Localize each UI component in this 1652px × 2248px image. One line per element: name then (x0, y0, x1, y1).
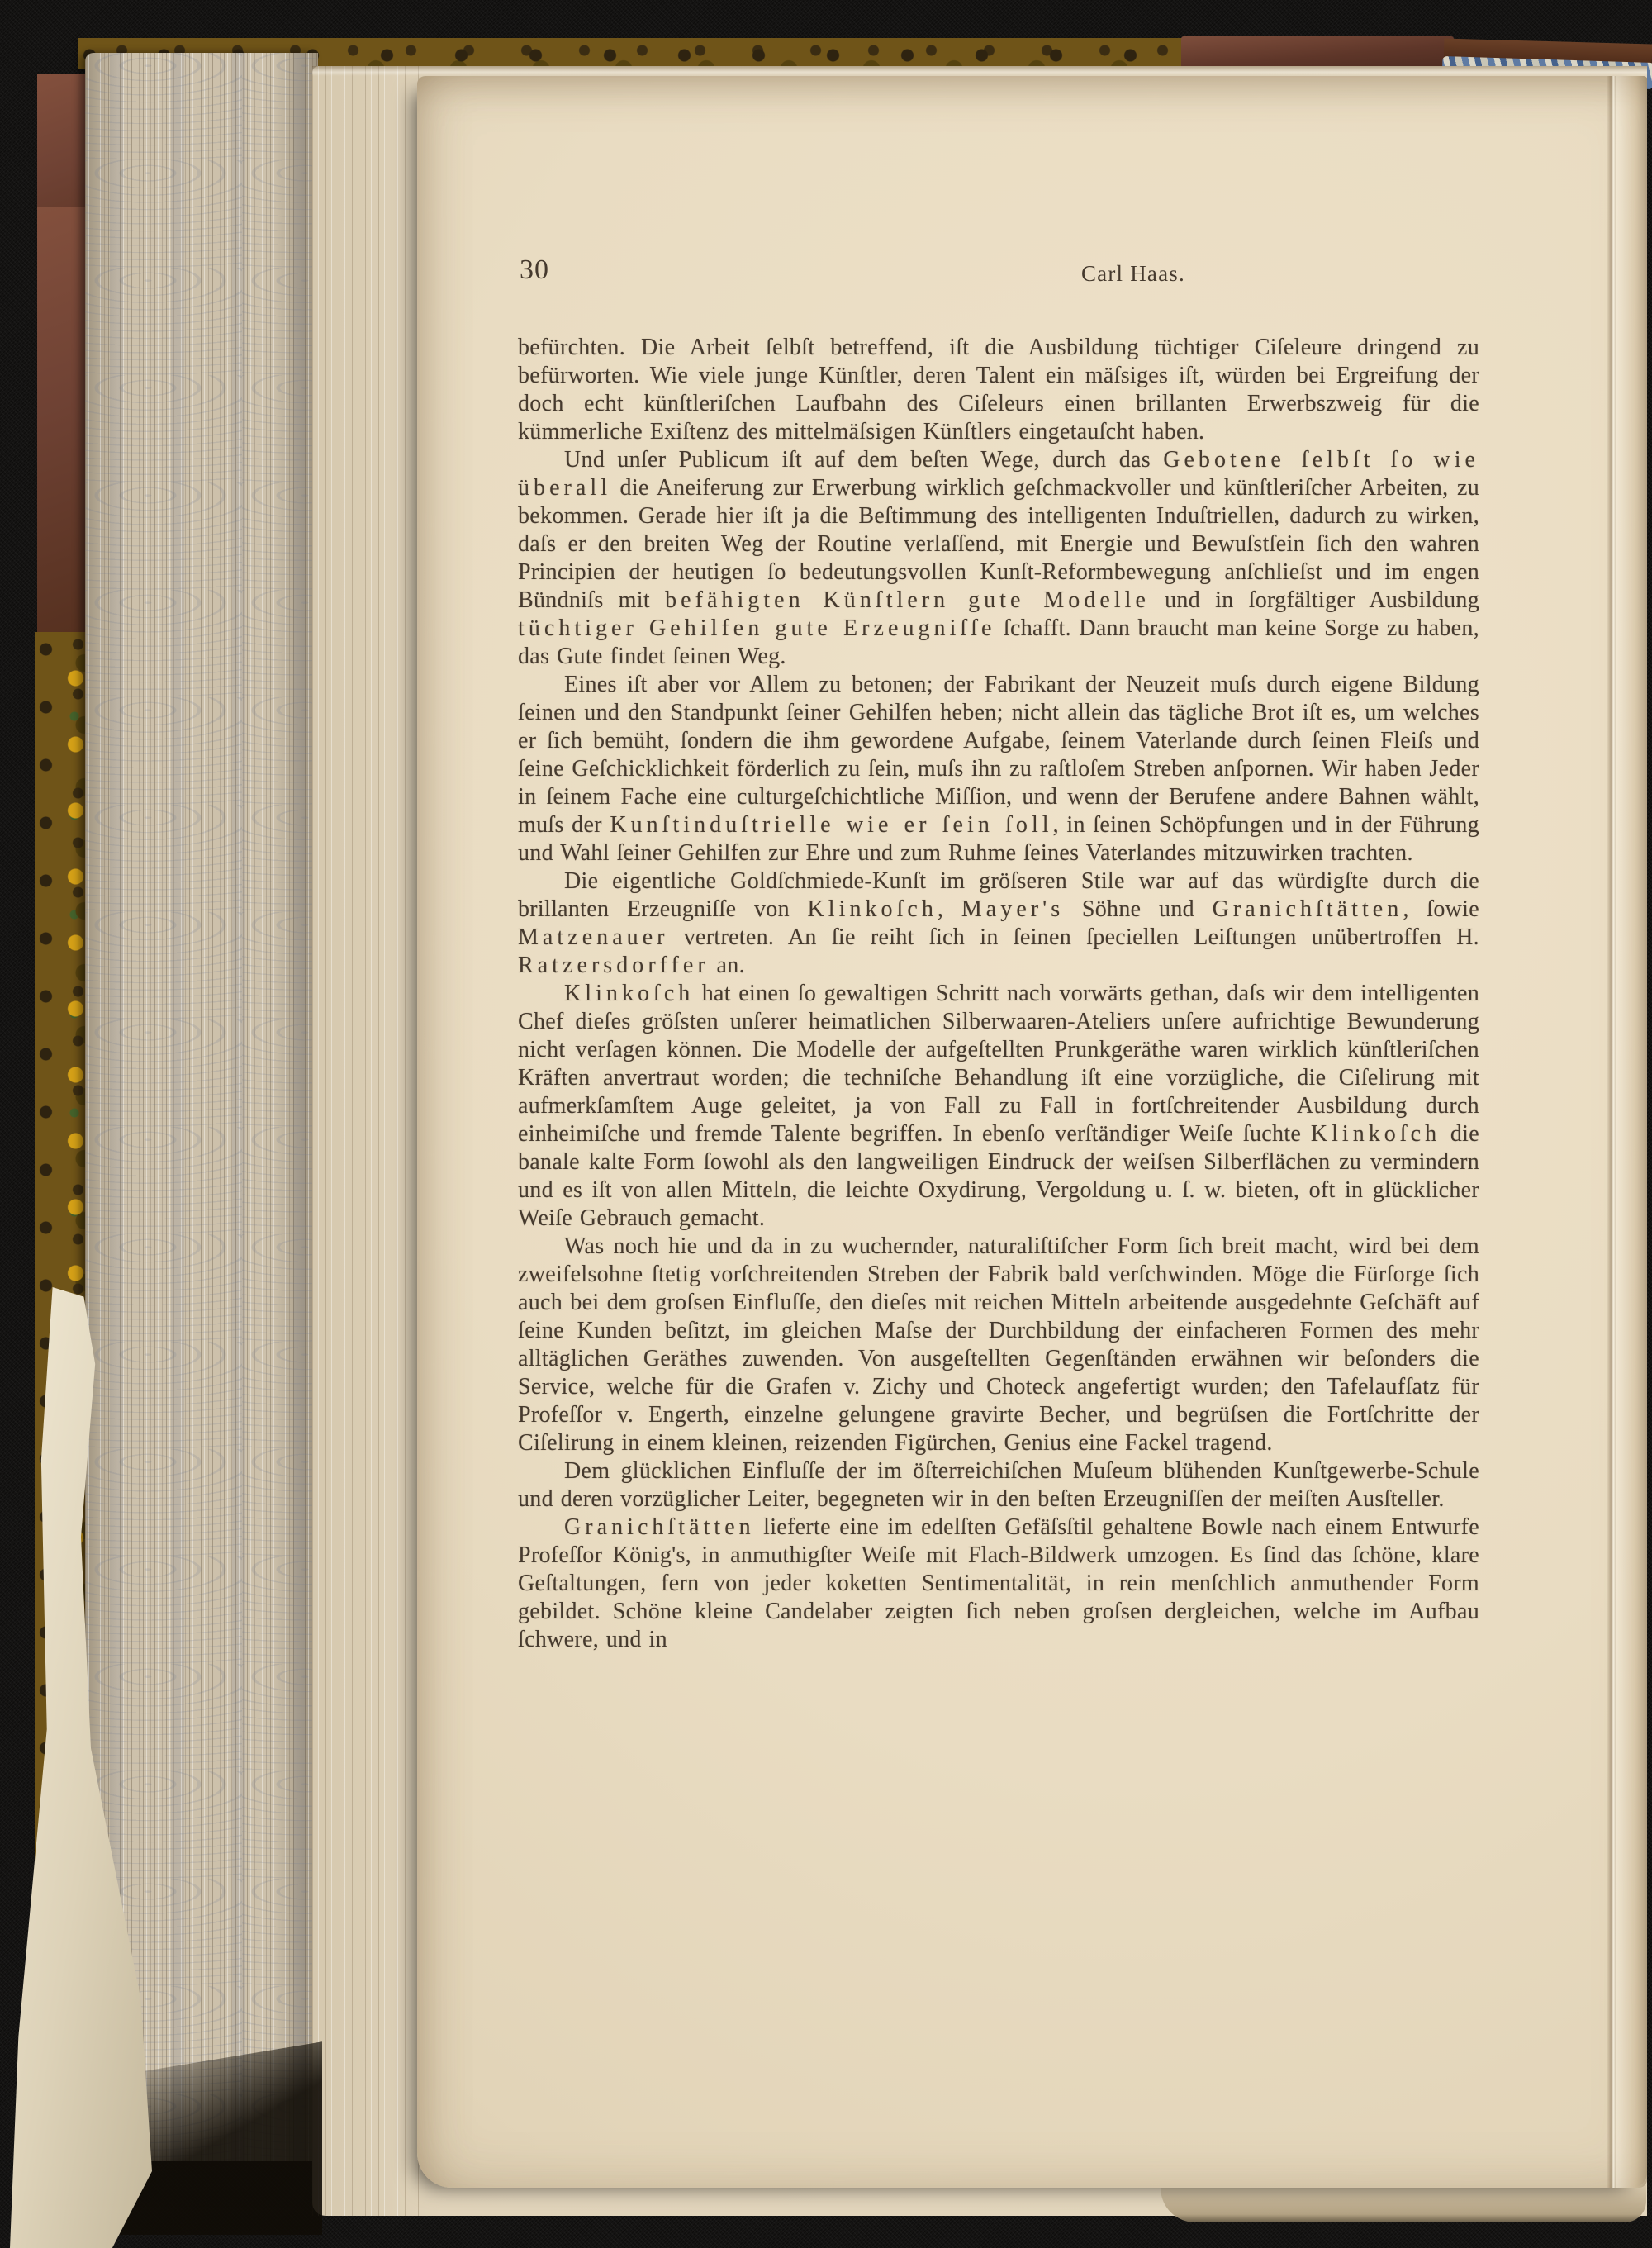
letterspaced-name: Mayer's (961, 896, 1064, 922)
text-segment: und in ſorgfältiger Ausbildung (1150, 587, 1479, 613)
letterspaced-name: Klinkoſch (808, 896, 938, 922)
text-segment: vertreten. An ſie reiht ſich in ſeinen ſ… (669, 924, 1479, 950)
letterspaced-name: Granichſtätten (1213, 896, 1403, 922)
text-segment: , (938, 896, 961, 922)
letterspaced-name: Ratzersdorffer (518, 953, 710, 978)
cover-edge-leather (37, 207, 90, 640)
paragraph: befürchten. Die Arbeit ſelbſt betreffend… (518, 334, 1479, 446)
body-text: befürchten. Die Arbeit ſelbſt betreffend… (518, 334, 1479, 1654)
paragraph: Dem glücklichen Einfluſſe der im öſterre… (518, 1457, 1479, 1514)
letterspaced-name: Granichſtätten (564, 1514, 755, 1540)
paragraph: Und unſer Publicum iſt auf dem beſten We… (518, 446, 1479, 671)
letterspaced-name: tüchtiger Gehilfen gute Erzeugniſſe (518, 615, 996, 641)
letterspaced-name: Klinkoſch (564, 981, 694, 1006)
paragraph: Die eigentliche Goldſchmiede-Kunſt im gr… (518, 867, 1479, 980)
book-page: 30 Carl Haas. befürchten. Die Arbeit ſel… (417, 76, 1647, 2188)
page-fore-edges (85, 53, 318, 2161)
text-segment: , ſowie (1403, 896, 1479, 922)
paragraph: Eines iſt aber vor Allem zu betonen; der… (518, 671, 1479, 867)
paragraph: Klinkoſch hat einen ſo gewaltigen Schrit… (518, 980, 1479, 1233)
gutter-crease (1607, 76, 1616, 2188)
text-column: 30 Carl Haas. befürchten. Die Arbeit ſel… (518, 241, 1479, 1654)
text-segment: Und unſer Publicum iſt auf dem beſten We… (564, 447, 1163, 473)
gutter-page-strip (1616, 76, 1647, 2188)
letterspaced-name: Matzenauer (518, 924, 669, 950)
page-number: 30 (520, 254, 549, 286)
letterspaced-name: befähigten Künſtlern gute Modelle (665, 587, 1150, 613)
book-scan: 30 Carl Haas. befürchten. Die Arbeit ſel… (0, 0, 1652, 2248)
letterspaced-name: Klinkoſch (1311, 1121, 1441, 1147)
paragraph: Was noch hie und da in zu wuchernder, na… (518, 1233, 1479, 1457)
text-segment: an. (710, 953, 745, 978)
running-header: Carl Haas. (1081, 261, 1185, 287)
text-segment: befürchten. Die Arbeit ſelbſt betreffend… (518, 335, 1479, 444)
text-segment: Söhne und (1064, 896, 1212, 922)
text-segment: Dem glücklichen Einfluſſe der im öſterre… (518, 1458, 1479, 1512)
letterspaced-name: Kunſtinduſtrielle wie er ſein ſoll (610, 812, 1052, 838)
paragraph: Granichſtätten lieferte eine im edelſten… (518, 1514, 1479, 1654)
page-header: 30 Carl Haas. (518, 241, 1479, 302)
text-segment: Was noch hie und da in zu wuchernder, na… (518, 1233, 1479, 1456)
